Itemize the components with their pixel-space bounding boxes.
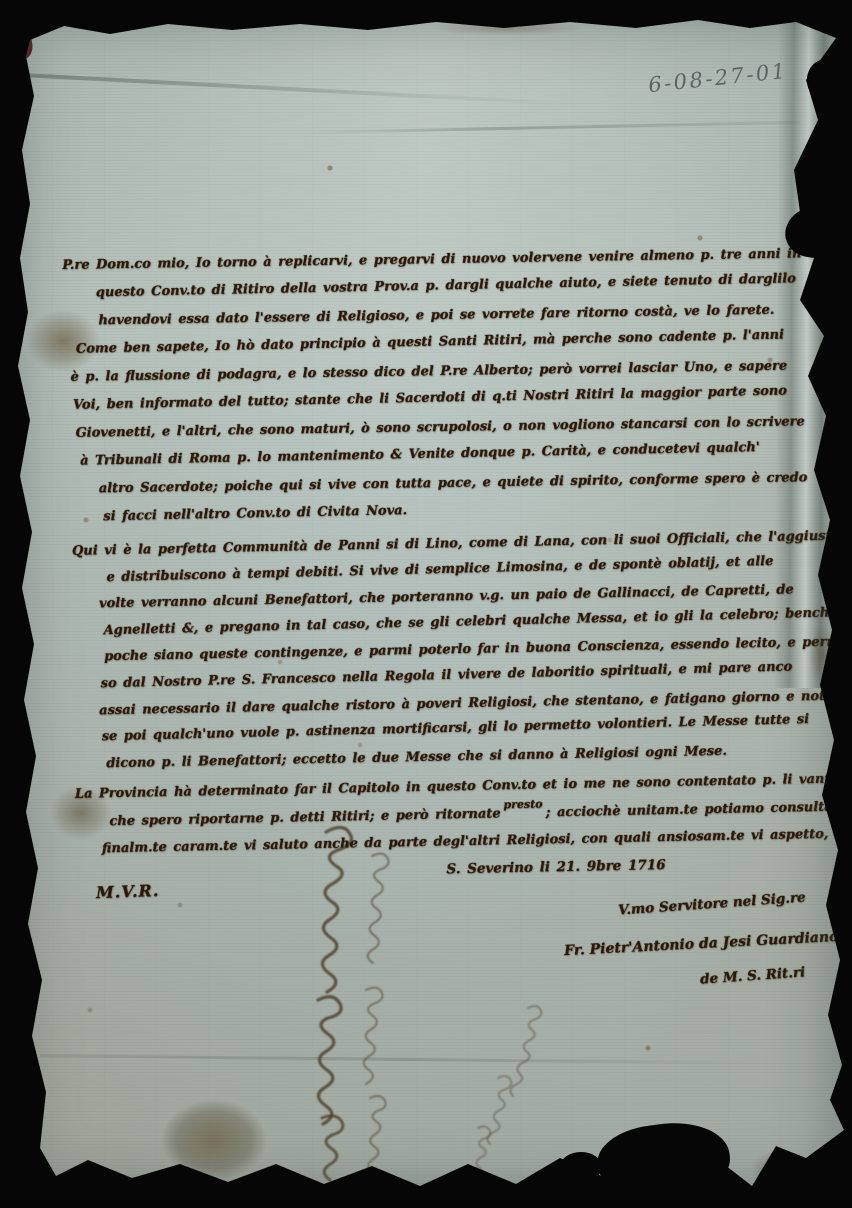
interlinear-insertion: presto: [503, 797, 542, 811]
archival-number: 6-08-27-01: [647, 59, 789, 97]
signature-place-line: de M. S. Rit.ri: [700, 964, 806, 987]
paper-crease: [28, 73, 587, 106]
foxing-stain: [146, 1088, 282, 1192]
reference-initials: M.V.R.: [96, 881, 160, 902]
foxing-stain: [412, 18, 602, 38]
letter-body: P.re Dom.co mio, Io torno à replicarvi, …: [62, 237, 841, 890]
valediction-line: V.mo Servitore nel Sig.re: [618, 889, 806, 918]
manuscript-line-part: ; acciochè unitam.te potiamo consultare …: [546, 798, 852, 820]
paragraph-1: P.re Dom.co mio, Io torno à replicarvi, …: [62, 237, 833, 532]
manuscript-page: 6-08-27-01 P.re Dom.co mio, Io torno à r…: [0, 0, 852, 1208]
paragraph-3: La Provincia hà determinato far il Capit…: [73, 766, 841, 864]
manuscript-line-part: che spero riportarne p. detti Ritiri; e …: [109, 806, 500, 829]
paper-crease: [40, 1054, 780, 1065]
signature-line: Fr. Pietr'Antonio da Jesi Guardiano: [564, 929, 839, 959]
scan-background: 6-08-27-01 P.re Dom.co mio, Io torno à r…: [0, 0, 852, 1208]
paper-crease: [300, 121, 800, 134]
paragraph-2: Qui vi è la perfetta Communità de Panni …: [68, 524, 839, 779]
foxing-stain: [742, 1144, 816, 1196]
red-corner-mark: [4, 24, 35, 62]
